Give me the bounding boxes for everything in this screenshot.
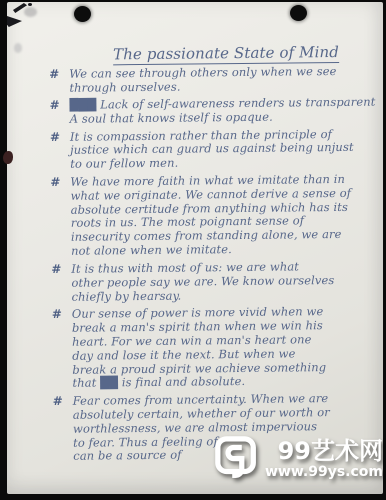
photo-of-manuscript: The passionate State of Mind # We can se… bbox=[0, 0, 386, 500]
aphorism: # We can see through others only when we… bbox=[49, 64, 375, 95]
aphorism-text: It is compassion rather than the princip… bbox=[70, 127, 376, 172]
hash-mark: # bbox=[49, 68, 69, 96]
page-title: The passionate State of Mind bbox=[113, 46, 375, 63]
page-title-text: The passionate State of Mind bbox=[113, 43, 339, 65]
aphorism-text: It is thus with most of us: we are what … bbox=[71, 259, 377, 304]
aphorism-text: Our sense of power is more vivid when we… bbox=[72, 304, 379, 391]
aphorism: # We have more faith in what we imitate … bbox=[50, 172, 377, 259]
hash-mark: # bbox=[53, 395, 74, 465]
punch-hole-right bbox=[290, 5, 307, 21]
ink-smudge bbox=[28, 3, 32, 6]
punch-hole-left bbox=[74, 6, 91, 22]
hash-mark: # bbox=[50, 176, 71, 260]
ink-smudge bbox=[3, 151, 13, 164]
handwritten-text: The passionate State of Mind # We can se… bbox=[49, 46, 379, 468]
aphorism: # Our sense of power is more vivid when … bbox=[52, 304, 379, 391]
watermark-text: 99艺术网 www.99ys.com bbox=[265, 438, 383, 480]
hash-mark: # bbox=[50, 130, 70, 172]
aphorism: # It is compassion rather than the princ… bbox=[50, 127, 376, 172]
aphorism-text: We have more faith in what we imitate th… bbox=[70, 172, 377, 259]
99ys-logo-icon bbox=[214, 436, 260, 482]
aphorism-text: ███ Lack of self-awareness renders us tr… bbox=[70, 96, 376, 127]
watermark: 99艺术网 www.99ys.com bbox=[214, 436, 383, 482]
ink-smudge bbox=[24, 7, 37, 17]
watermark-site-name: 99艺术网 bbox=[278, 438, 383, 464]
manuscript-page: The passionate State of Mind # We can se… bbox=[7, 2, 383, 494]
aphorism: # ███ Lack of self-awareness renders us … bbox=[50, 96, 376, 127]
hash-mark: # bbox=[51, 262, 71, 304]
ink-smudge bbox=[14, 43, 22, 53]
aphorism: # It is thus with most of us: we are wha… bbox=[51, 259, 377, 304]
hash-mark: # bbox=[52, 308, 73, 392]
watermark-site-url: www.99ys.com bbox=[265, 464, 383, 480]
hash-mark: # bbox=[50, 99, 70, 127]
ink-smudge bbox=[7, 16, 22, 27]
aphorism-text: We can see through others only when we s… bbox=[69, 64, 375, 95]
